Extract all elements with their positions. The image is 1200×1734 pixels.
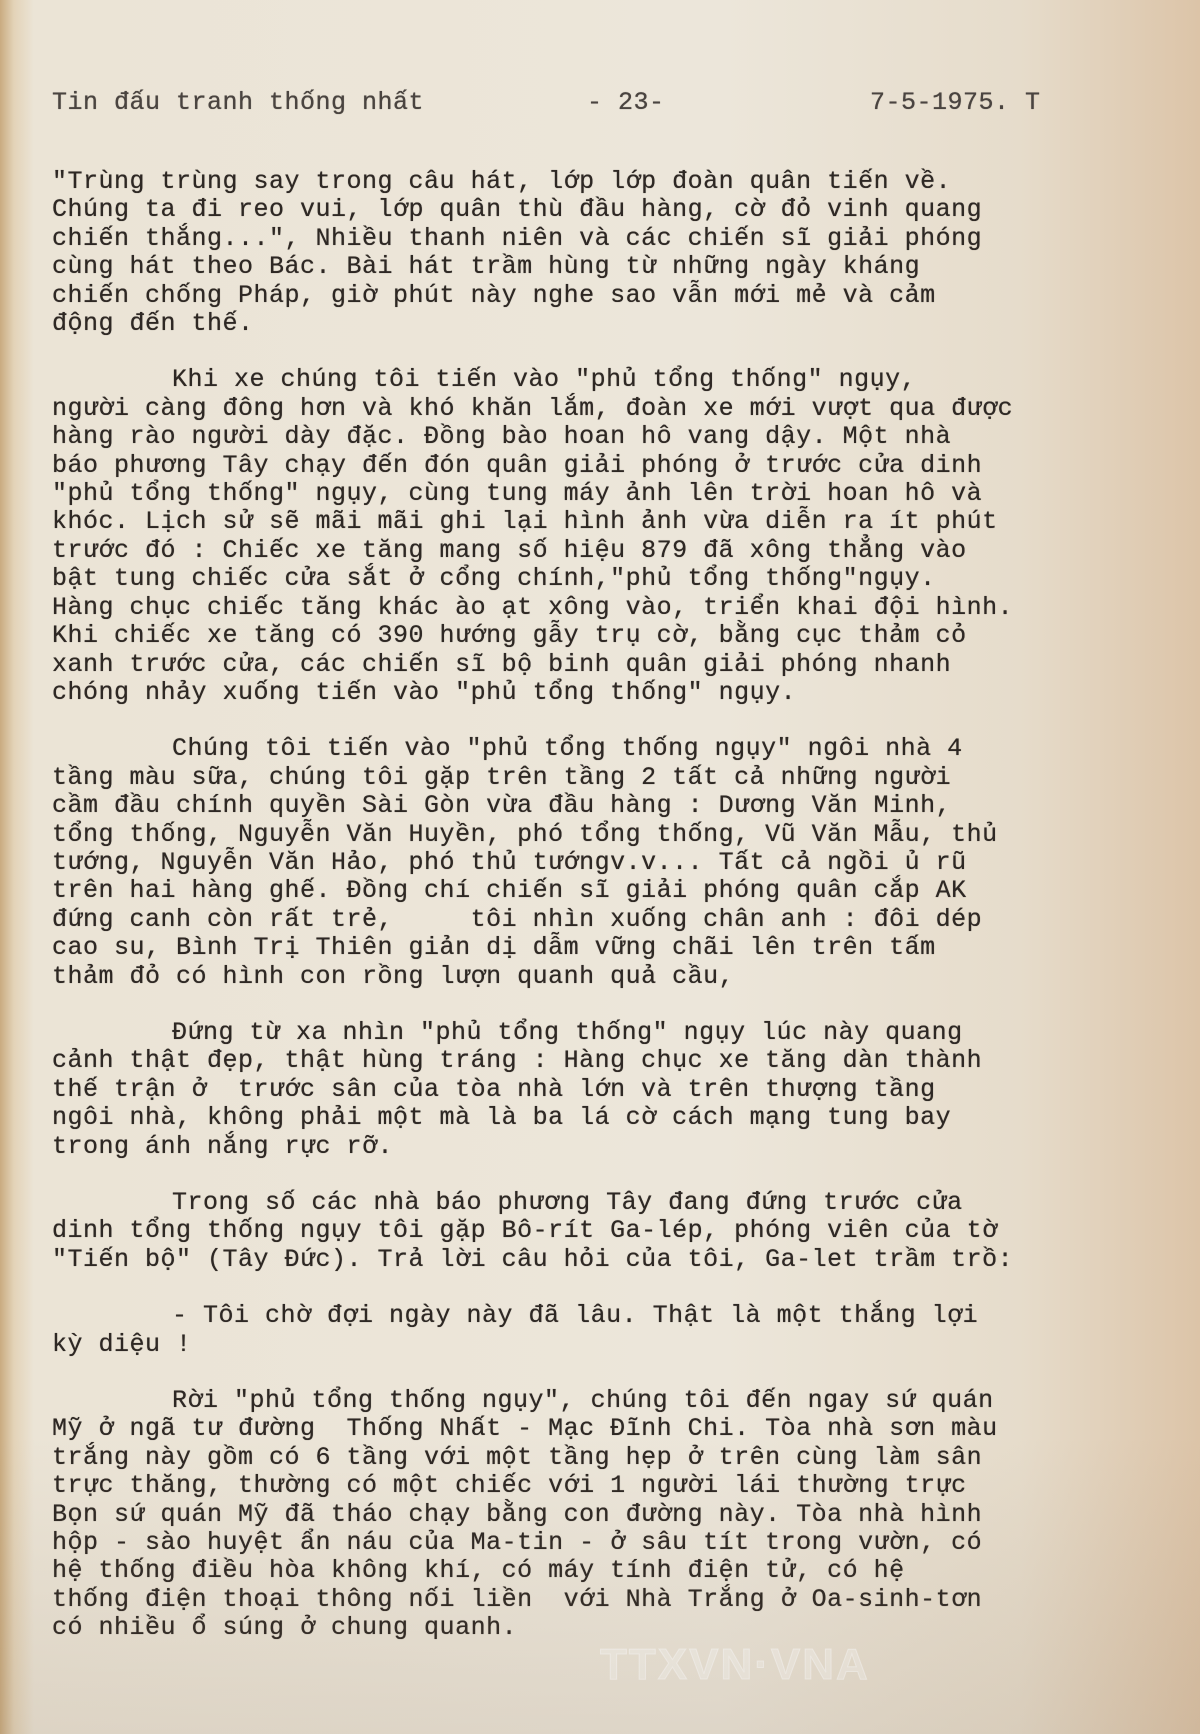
text-line: Trong số các nhà báo phương Tây đang đứn… [52,1189,1132,1217]
text-line: thế trận ở trước sân của tòa nhà lớn và … [52,1076,1132,1104]
text-line: hộp - sào huyệt ẩn náu của Ma-tin - ở sâ… [52,1529,1132,1557]
text-line: trực thăng, thường có một chiếc với 1 ng… [52,1472,1132,1500]
text-line: Chúng ta đi reo vui, lớp quân thù đầu hà… [52,196,1132,224]
text-line: Khi xe chúng tôi tiến vào "phủ tổng thốn… [52,366,1132,394]
text-line: dinh tổng thống ngụy tôi gặp Bô-rít Ga-l… [52,1217,1132,1245]
text-line: có nhiều ổ súng ở chung quanh. [52,1614,1132,1642]
text-line: trong ánh nắng rực rỡ. [52,1133,1132,1161]
text-line: Khi chiếc xe tăng có 390 hướng gẫy trụ c… [52,622,1132,650]
paragraph: Chúng tôi tiến vào "phủ tổng thống ngụy"… [52,735,1132,991]
page-number: - 23- [587,88,665,117]
paragraph: - Tôi chờ đợi ngày này đã lâu. Thật là m… [52,1302,1132,1359]
text-line: chiến chống Pháp, giờ phút này nghe sao … [52,282,1132,310]
text-line: Hàng chục chiếc tăng khác ào ạt xông vào… [52,594,1132,622]
paragraph: Đứng từ xa nhìn "phủ tổng thống" ngụy lú… [52,1019,1132,1161]
text-line: hệ thống điều hòa không khí, có máy tính… [52,1557,1132,1585]
text-line: tổng thống, Nguyễn Văn Huyền, phó tổng t… [52,821,1132,849]
text-line: người càng đông hơn và khó khăn lắm, đoà… [52,395,1132,423]
scanned-document-page: Tin đấu tranh thống nhất - 23- 7-5-1975.… [0,0,1200,1734]
text-line: cùng hát theo Bác. Bài hát trầm hùng từ … [52,253,1132,281]
paragraph: Khi xe chúng tôi tiến vào "phủ tổng thốn… [52,366,1132,707]
text-line: kỳ diệu ! [52,1331,1132,1359]
text-line: khóc. Lịch sử sẽ mãi mãi ghi lại hình ản… [52,508,1132,536]
document-body: "Trùng trùng say trong câu hát, lớp lớp … [52,168,1132,1671]
text-line: Bọn sứ quán Mỹ đã tháo chạy bằng con đườ… [52,1501,1132,1529]
text-line: thảm đỏ có hình con rồng lượn quanh quả … [52,963,1132,991]
text-line: Đứng từ xa nhìn "phủ tổng thống" ngụy lú… [52,1019,1132,1047]
text-line: cảnh thật đẹp, thật hùng tráng : Hàng ch… [52,1047,1132,1075]
text-line: tầng màu sữa, chúng tôi gặp trên tầng 2 … [52,764,1132,792]
text-line: thống điện thoại thông nối liền với Nhà … [52,1586,1132,1614]
text-line: cầm đầu chính quyền Sài Gòn vừa đầu hàng… [52,792,1132,820]
text-line: tướng, Nguyễn Văn Hảo, phó thủ tướngv.v.… [52,849,1132,877]
text-line: trước đó : Chiếc xe tăng mang số hiệu 87… [52,537,1132,565]
text-line: - Tôi chờ đợi ngày này đã lâu. Thật là m… [52,1302,1132,1330]
text-line: Chúng tôi tiến vào "phủ tổng thống ngụy"… [52,735,1132,763]
document-date: 7-5-1975. T [870,88,1041,117]
text-line: Mỹ ở ngã tư đường Thống Nhất - Mạc Đĩnh … [52,1415,1132,1443]
text-line: Rời "phủ tổng thống ngụy", chúng tôi đến… [52,1387,1132,1415]
text-line: cao su, Bình Trị Thiên giản dị dẫm vững … [52,934,1132,962]
paragraph: Rời "phủ tổng thống ngụy", chúng tôi đến… [52,1387,1132,1643]
text-line: động đến thế. [52,310,1132,338]
text-line: trắng này gồm có 6 tầng với một tầng hẹp… [52,1444,1132,1472]
text-line: trên hai hàng ghế. Đồng chí chiến sĩ giả… [52,877,1132,905]
page-header: Tin đấu tranh thống nhất - 23- 7-5-1975.… [52,88,1160,122]
text-line: "phủ tổng thống" ngụy, cùng tung máy ảnh… [52,480,1132,508]
bulletin-title: Tin đấu tranh thống nhất [52,88,424,117]
text-line: đứng canh còn rất trẻ, tôi nhìn xuống ch… [52,906,1132,934]
text-line: hàng rào người dày đặc. Đồng bào hoan hô… [52,423,1132,451]
text-line: chóng nhảy xuống tiến vào "phủ tổng thốn… [52,679,1132,707]
text-line: chiến thắng...", Nhiều thanh niên và các… [52,225,1132,253]
text-line: "Trùng trùng say trong câu hát, lớp lớp … [52,168,1132,196]
paragraph: "Trùng trùng say trong câu hát, lớp lớp … [52,168,1132,338]
paragraph: Trong số các nhà báo phương Tây đang đứn… [52,1189,1132,1274]
text-line: báo phương Tây chạy đến đón quân giải ph… [52,452,1132,480]
text-line: xanh trước cửa, các chiến sĩ bộ binh quâ… [52,651,1132,679]
text-line: "Tiến bộ" (Tây Đức). Trả lời câu hỏi của… [52,1246,1132,1274]
agency-watermark: TTXVN·VNA [600,1640,870,1690]
text-line: bật tung chiếc cửa sắt ở cổng chính,"phủ… [52,565,1132,593]
text-line: ngôi nhà, không phải một mà là ba lá cờ … [52,1104,1132,1132]
